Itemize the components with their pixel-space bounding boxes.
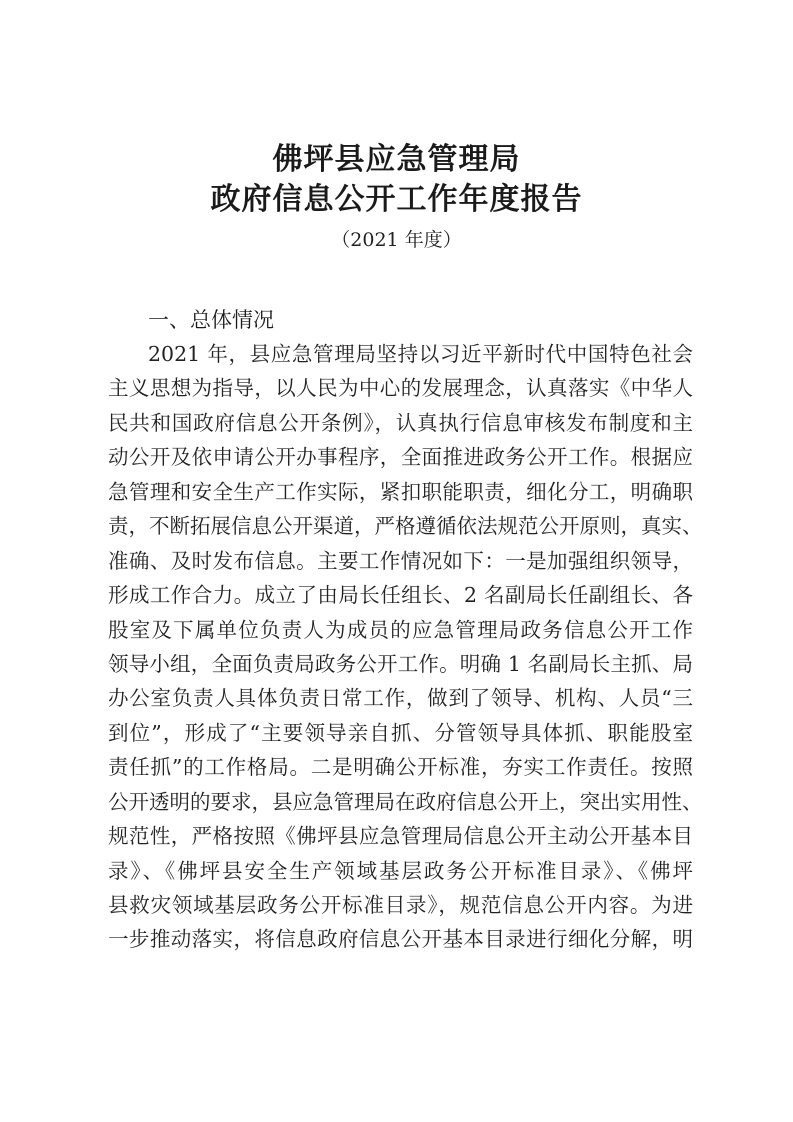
body-line: 县救灾领域基层政务公开标准目录》，规范信息公开内容。为进 (108, 888, 693, 922)
body-line: 规范性，严格按照《佛坪县应急管理局信息公开主动公开基本目 (108, 819, 693, 853)
body-line: 急管理和安全生产工作实际，紧扣职能职责，细化分工，明确职 (108, 475, 693, 509)
body-line: 领导小组，全面负责局政务公开工作。明确 1 名副局长主抓、局 (108, 647, 693, 681)
body-line: 主义思想为指导，以人民为中心的发展理念，认真落实《中华人 (108, 371, 693, 405)
body-paragraph: 2021 年，县应急管理局坚持以习近平新时代中国特色社会 主义思想为指导，以人民… (108, 337, 693, 957)
body-line: 2021 年，县应急管理局坚持以习近平新时代中国特色社会 (108, 337, 693, 371)
body-line: 民共和国政府信息公开条例》，认真执行信息审核发布制度和主 (108, 406, 693, 440)
section-heading-overview: 一、总体情况 (148, 305, 274, 335)
body-line: 办公室负责人具体负责日常工作，做到了领导、机构、人员“三 (108, 681, 693, 715)
body-line: 责，不断拓展信息公开渠道，严格遵循依法规范公开原则，真实、 (108, 509, 693, 543)
body-line: 股室及下属单位负责人为成员的应急管理局政务信息公开工作 (108, 613, 693, 647)
document-page: 佛坪县应急管理局 政府信息公开工作年度报告 （2021 年度） 一、总体情况 2… (0, 0, 793, 1122)
body-line: 到位”，形成了“主要领导亲自抓、分管领导具体抓、职能股室 (108, 716, 693, 750)
body-line: 责任抓”的工作格局。二是明确公开标准，夯实工作责任。按照 (108, 750, 693, 784)
body-line: 形成工作合力。成立了由局长任组长、2 名副局长任副组长、各 (108, 578, 693, 612)
body-line: 公开透明的要求，县应急管理局在政府信息公开上，突出实用性、 (108, 785, 693, 819)
body-line: 准确、及时发布信息。主要工作情况如下：一是加强组织领导， (108, 544, 693, 578)
report-year-subtitle: （2021 年度） (0, 226, 793, 254)
body-line: 录》、《佛坪县安全生产领域基层政务公开标准目录》、《佛坪 (108, 854, 693, 888)
report-title-block: 佛坪县应急管理局 政府信息公开工作年度报告 （2021 年度） (0, 140, 793, 254)
body-line: 一步推动落实，将信息政府信息公开基本目录进行细化分解，明 (108, 922, 693, 956)
report-title-line-2: 政府信息公开工作年度报告 (0, 180, 793, 220)
body-line: 动公开及依申请公开办事程序，全面推进政务公开工作。根据应 (108, 440, 693, 474)
report-title-line-1: 佛坪县应急管理局 (0, 140, 793, 180)
